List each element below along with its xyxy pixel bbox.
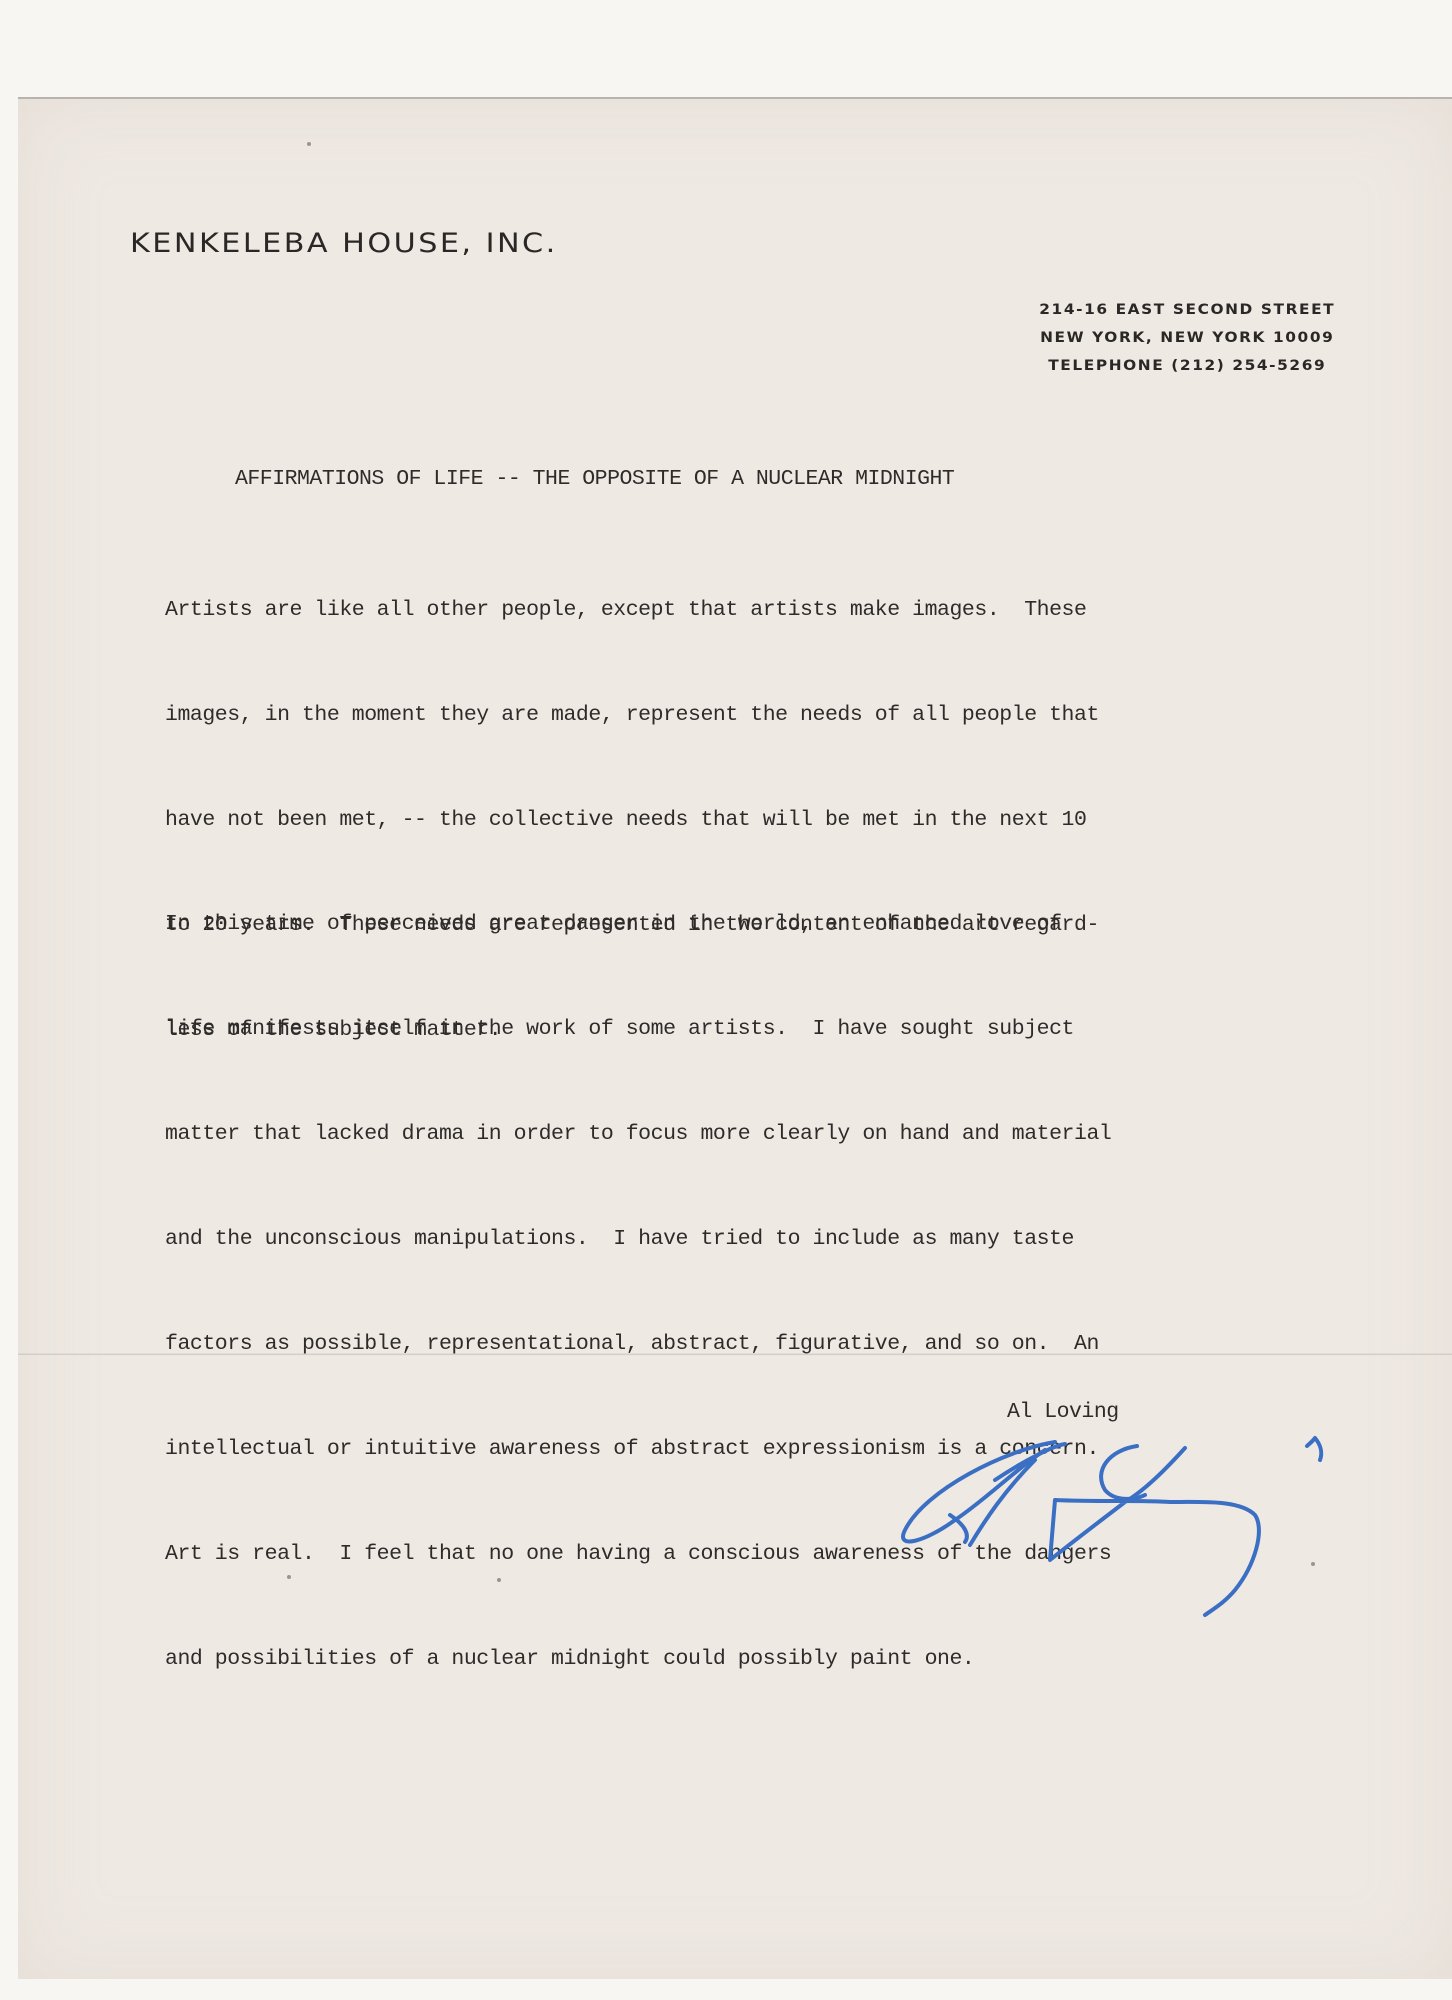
paper-speck (307, 142, 311, 146)
text-line: Artists are like all other people, excep… (165, 582, 1099, 639)
text-line: In this time of perceived great danger i… (165, 896, 1111, 953)
document-title: AFFIRMATIONS OF LIFE -- THE OPPOSITE OF … (235, 467, 954, 491)
address-telephone: TELEPHONE (212) 254-5269 (1039, 352, 1335, 380)
text-line: have not been met, -- the collective nee… (165, 792, 1099, 849)
address-city: NEW YORK, NEW YORK 10009 (1039, 324, 1335, 352)
text-line: and possibilities of a nuclear midnight … (165, 1631, 1111, 1688)
typed-signatory-name: Al Loving (1007, 1400, 1119, 1424)
text-line: images, in the moment they are made, rep… (165, 687, 1099, 744)
text-line: life manifests itself in the work of som… (165, 1001, 1111, 1058)
letterhead-organization: KENKELEBA HOUSE, INC. (130, 228, 558, 259)
address-street: 214-16 EAST SECOND STREET (1039, 296, 1335, 324)
letterhead-address: 214-16 EAST SECOND STREET NEW YORK, NEW … (1039, 296, 1335, 380)
handwritten-signature (895, 1430, 1335, 1630)
text-line: and the unconscious manipulations. I hav… (165, 1211, 1111, 1268)
text-line: factors as possible, representational, a… (165, 1316, 1111, 1373)
text-line: matter that lacked drama in order to foc… (165, 1106, 1111, 1163)
